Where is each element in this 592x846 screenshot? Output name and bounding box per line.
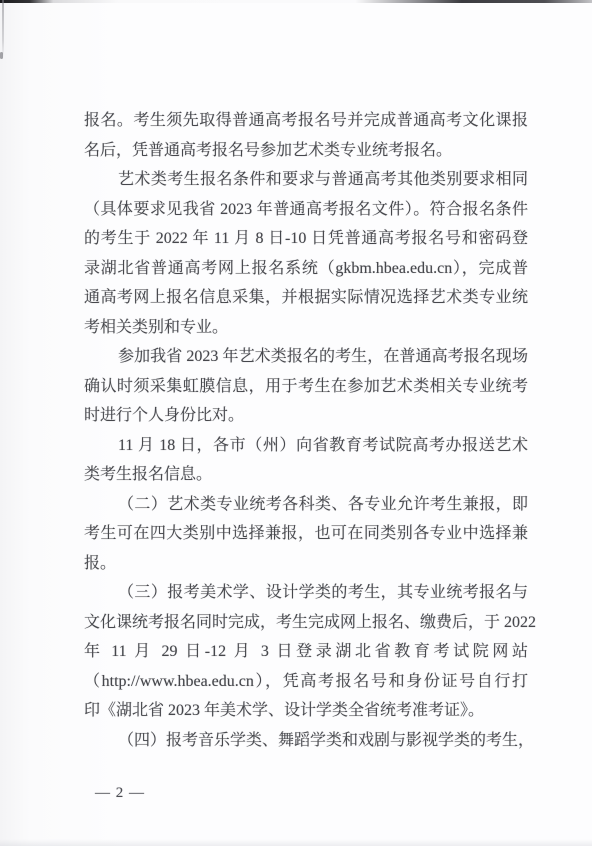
text-line: （三）报考美术学、设计学类的考生，其专业统考报名与: [84, 578, 528, 608]
scan-artifact-top-edge: [0, 0, 592, 3]
text-line: 录湖北省普通高考网上报名系统（gkbm.hbea.edu.cn），完成普: [84, 254, 528, 284]
text-line: （四）报考音乐学类、舞蹈学类和戏剧与影视学类的考生，: [84, 726, 528, 756]
text-line: 参加我省 2023 年艺术类报名的考生，在普通高考报名现场: [84, 342, 528, 372]
scan-artifact-bottom-edge: [0, 839, 592, 846]
text-line: 确认时须采集虹膜信息，用于考生在参加艺术类相关专业统考: [84, 372, 528, 402]
document-body: 报名。考生须先取得普通高考报名号并完成普通高考文化课报 名后，凭普通高考报名号参…: [84, 106, 528, 755]
text-line: 11 月 18 日，各市（州）向省教育考试院高考办报送艺术: [84, 431, 528, 461]
text-line: 考相关类别和专业。: [84, 313, 528, 343]
text-line: 报名。考生须先取得普通高考报名号并完成普通高考文化课报: [84, 106, 528, 136]
text-line: 考生可在四大类别中选择兼报，也可在同类别各专业中选择兼: [84, 519, 528, 549]
text-line: 文化课统考报名同时完成，考生完成网上报名、缴费后，于 2022: [84, 608, 528, 638]
text-line: （http://www.hbea.edu.cn），凭高考报名号和身份证号自行打: [84, 667, 528, 697]
text-line: 时进行个人身份比对。: [84, 401, 528, 431]
text-line: 通高考网上报名信息采集，并根据实际情况选择艺术类专业统: [84, 283, 528, 313]
document-page: 报名。考生须先取得普通高考报名号并完成普通高考文化课报 名后，凭普通高考报名号参…: [0, 0, 592, 846]
text-line: （具体要求见我省 2023 年普通高考报名文件）。符合报名条件: [84, 195, 528, 225]
text-line: 报。: [84, 549, 528, 579]
text-line: （二）艺术类专业统考各科类、各专业允许考生兼报，即: [84, 490, 528, 520]
text-line: 年 11 月 29 日-12 月 3 日登录湖北省教育考试院网站: [84, 637, 528, 667]
scan-artifact-left-edge: [2, 0, 4, 58]
text-line: 印《湖北省 2023 年美术学、设计学类全省统考准考证》。: [84, 696, 528, 726]
text-line: 的考生于 2022 年 11 月 8 日-10 日凭普通高考报名号和密码登: [84, 224, 528, 254]
text-line: 艺术类考生报名条件和要求与普通高考其他类别要求相同: [84, 165, 528, 195]
page-number: — 2 —: [95, 785, 145, 802]
text-line: 类考生报名信息。: [84, 460, 528, 490]
scan-artifact-left-mark: [0, 52, 3, 59]
text-line: 名后，凭普通高考报名号参加艺术类专业统考报名。: [84, 136, 528, 166]
